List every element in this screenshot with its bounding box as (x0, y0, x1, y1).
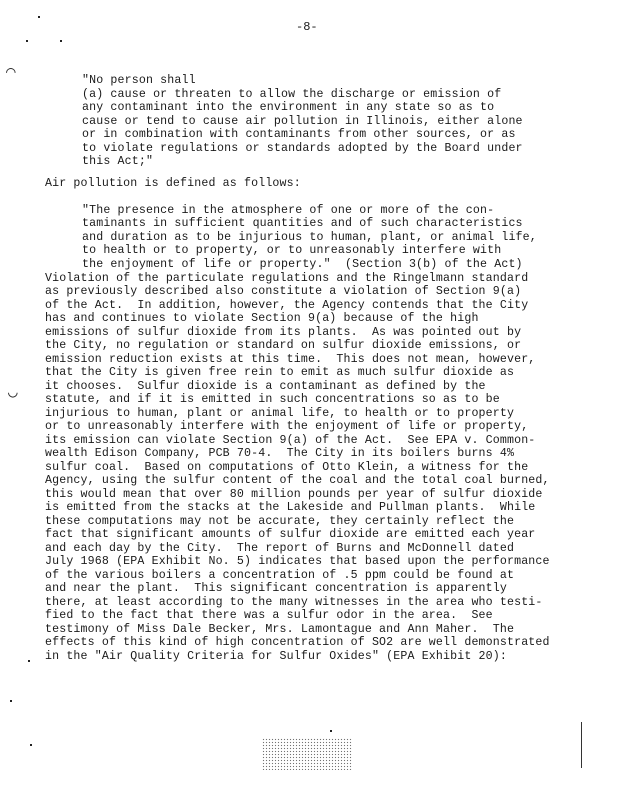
binder-hole-mark: ◠ (6, 62, 16, 82)
quote-line: or in combination with contaminants from… (82, 128, 516, 141)
document-page: -8- "No person shall (a) cause or threat… (0, 0, 618, 800)
body-line: this would mean that over 80 million pou… (45, 488, 543, 501)
body-line: statute, and if it is emitted in such co… (45, 393, 500, 406)
body-line: in the "Air Quality Criteria for Sulfur … (45, 650, 507, 663)
binder-hole-mark: ◡ (8, 382, 18, 402)
body-line: fied to the fact that there was a sulfur… (45, 609, 493, 622)
body-line: of the various boilers a concentration o… (45, 569, 514, 582)
margin-rule-artifact (581, 722, 582, 768)
body-line: is emitted from the stacks at the Lakesi… (45, 501, 535, 514)
quote-line: "No person shall (82, 74, 196, 87)
body-line: of the Act. In addition, however, the Ag… (45, 299, 528, 312)
scan-speck (26, 40, 28, 42)
body-line: Violation of the particulate regulations… (45, 272, 528, 285)
scan-speck (28, 660, 30, 662)
body-line: that the City is given free rein to emit… (45, 366, 514, 379)
body-line: effects of this kind of high concentrati… (45, 636, 550, 649)
body-line: injurious to human, plant or animal life… (45, 407, 514, 420)
body-line: Agency, using the sulfur content of the … (45, 474, 550, 487)
body-line: emission reduction exists at this time. … (45, 353, 535, 366)
body-line: July 1968 (EPA Exhibit No. 5) indicates … (45, 555, 550, 568)
body-line: testimony of Miss Dale Becker, Mrs. Lamo… (45, 623, 514, 636)
body-line: and near the plant. This significant con… (45, 582, 507, 595)
quote-line: to violate regulations or standards adop… (82, 142, 523, 155)
quote-line: to health or to property, or to unreason… (82, 244, 501, 257)
body-line: there, at least according to the many wi… (45, 596, 543, 609)
body-line: wealth Edison Company, PCB 70-4. The Cit… (45, 447, 514, 460)
scan-speck (10, 700, 12, 702)
page-number: -8- (296, 20, 318, 34)
body-line: sulfur coal. Based on computations of Ot… (45, 461, 528, 474)
body-line: these computations may not be accurate, … (45, 515, 514, 528)
body-line: emissions of sulfur dioxide from its pla… (45, 326, 521, 339)
quote-line: this Act;" (82, 155, 153, 168)
quote-line: (a) cause or threaten to allow the disch… (82, 88, 501, 101)
scan-speck (330, 730, 332, 732)
body-line: the City, no regulation or standard on s… (45, 339, 521, 352)
scan-stamp-artifact (262, 738, 352, 770)
scan-speck (60, 40, 62, 42)
body-line: has and continues to violate Section 9(a… (45, 312, 479, 325)
quote-line: the enjoyment of life or property." (Sec… (82, 258, 523, 271)
air-pollution-intro: Air pollution is defined as follows: (45, 177, 301, 190)
body-line: or to unreasonably interfere with the en… (45, 420, 528, 433)
scan-speck (30, 744, 32, 746)
body-line: fact that significant amounts of sulfur … (45, 528, 535, 541)
quote-line: any contaminant into the environment in … (82, 101, 494, 114)
scan-speck (38, 16, 40, 18)
quote-line: and duration as to be injurious to human… (82, 231, 537, 244)
quote-line: cause or tend to cause air pollution in … (82, 115, 523, 128)
quote-line: taminants in sufficient quantities and o… (82, 217, 523, 230)
body-line: its emission can violate Section 9(a) of… (45, 434, 535, 447)
body-line: it chooses. Sulfur dioxide is a contamin… (45, 380, 486, 393)
body-line: and each day by the City. The report of … (45, 542, 514, 555)
quote-line: "The presence in the atmosphere of one o… (82, 204, 494, 217)
body-line: as previously described also constitute … (45, 285, 521, 298)
